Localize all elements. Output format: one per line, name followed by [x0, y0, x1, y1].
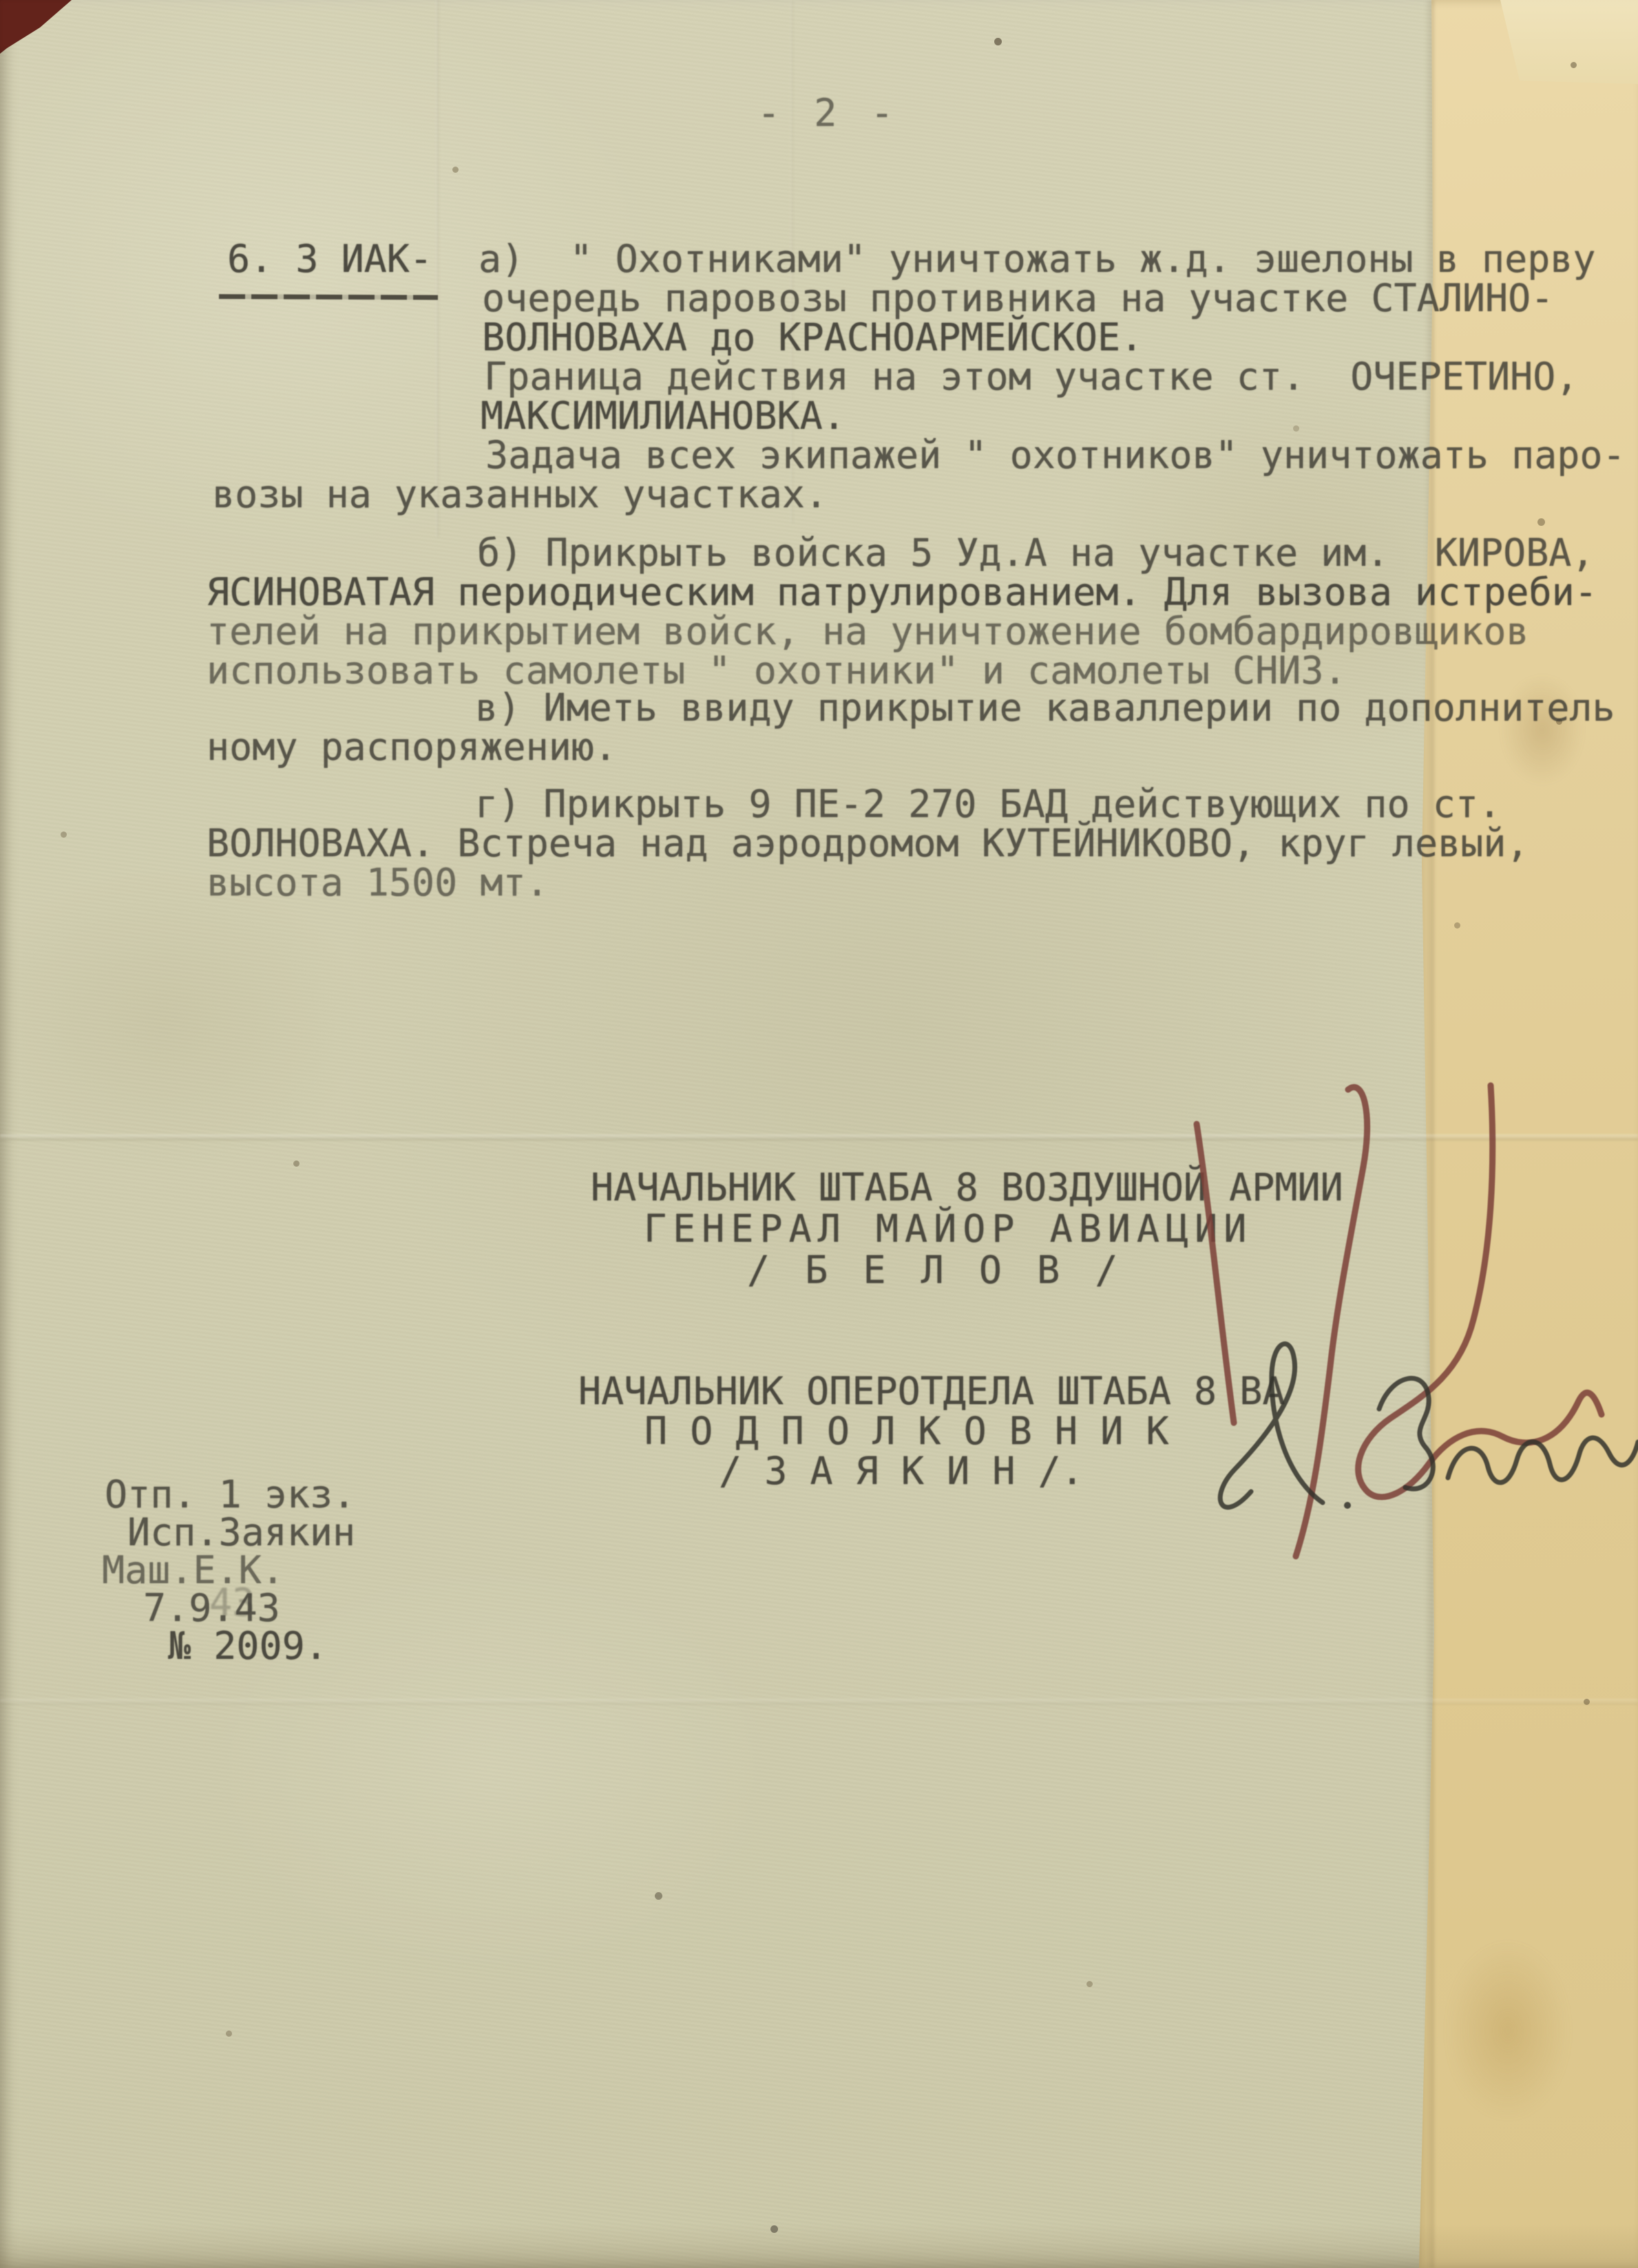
signature1-title-line: НАЧАЛЬНИК ШТАБА 8 ВОЗДУШНОЙ АРМИИ — [591, 1168, 1343, 1207]
vertical-crease — [436, 0, 439, 537]
typed-line-b0: б) Прикрыть войска 5 Уд.А на участке им.… — [477, 533, 1595, 573]
typed-line-a3: Граница действия на этом участке ст. ОЧЕ… — [484, 357, 1578, 396]
footer-executor-line: Исп.Заякин — [127, 1513, 355, 1552]
section-heading: 6. 3 ИАК- — [227, 240, 432, 279]
signature1-name-line: / Б Е Л О В / — [747, 1251, 1124, 1290]
typed-line-b1: ЯСИНОВАТАЯ периодическим патрулированием… — [207, 573, 1597, 612]
scanned-document-page: - 2 - 6. 3 ИАК- а) " Охотниками" уничтож… — [0, 0, 1638, 2268]
typed-line-g2: высота 1500 мт. — [207, 863, 549, 902]
footer-date-overstrike: 43 — [209, 1583, 255, 1622]
typed-line-b3: использовать самолеты " охотники" и само… — [207, 651, 1347, 690]
section-heading-underline — [219, 294, 438, 299]
top-right-corner-patch — [1500, 0, 1638, 84]
footer-number-line: № 2009. — [168, 1626, 328, 1666]
torn-top-left-corner — [0, 0, 83, 58]
typed-line-a2: ВОЛНОВАХА до КРАСНОАРМЕЙСКОЕ. — [482, 318, 1143, 357]
typed-line-a0: а) " Охотниками" уничтожать ж.д. эшелоны… — [479, 240, 1596, 279]
typed-line-a1: очередь паровозы противника на участке С… — [482, 279, 1553, 318]
horizontal-crease — [0, 1134, 1638, 1141]
typed-line-g0: г) Прикрыть 9 ПЕ-2 270 БАД действующих п… — [475, 785, 1501, 824]
typed-line-g1: ВОЛНОВАХА. Встреча над аэродромом КУТЕЙН… — [207, 824, 1529, 863]
typed-line-v0: в) Иметь ввиду прикрытие каваллерии по д… — [475, 688, 1615, 728]
signature1-rank-line: ГЕНЕРАЛ МАЙОР АВИАЦИИ — [644, 1209, 1252, 1249]
signature2-title-line: НАЧАЛЬНИК ОПЕРОТДЕЛА ШТАБА 8 ВА — [578, 1372, 1285, 1411]
typed-line-a6: возы на указанных участках. — [212, 475, 828, 514]
signature2-name-line: / З А Я К И Н /. — [719, 1452, 1084, 1491]
page-number: - 2 - — [757, 94, 899, 133]
typed-line-b2: телей на прикрытием войск, на уничтожени… — [207, 612, 1529, 651]
footer-typist-line: Маш.Е.К. — [102, 1551, 284, 1590]
horizontal-crease — [0, 1699, 1638, 1705]
paper-stain — [1446, 1941, 1570, 2120]
paper-specks — [0, 0, 3, 3]
typed-line-a4: МАКСИМИЛИАНОВКА. — [481, 396, 846, 436]
typed-line-a5: Задача всех экипажей " охотников" уничто… — [485, 436, 1626, 475]
footer-copies-line: Отп. 1 экз. — [105, 1475, 355, 1514]
signature2-rank-line: П О Д П О Л К О В Н И К — [644, 1412, 1169, 1451]
typed-line-v1: ному распоряжению. — [207, 728, 617, 767]
bottom-edge-shading — [0, 2223, 1638, 2268]
